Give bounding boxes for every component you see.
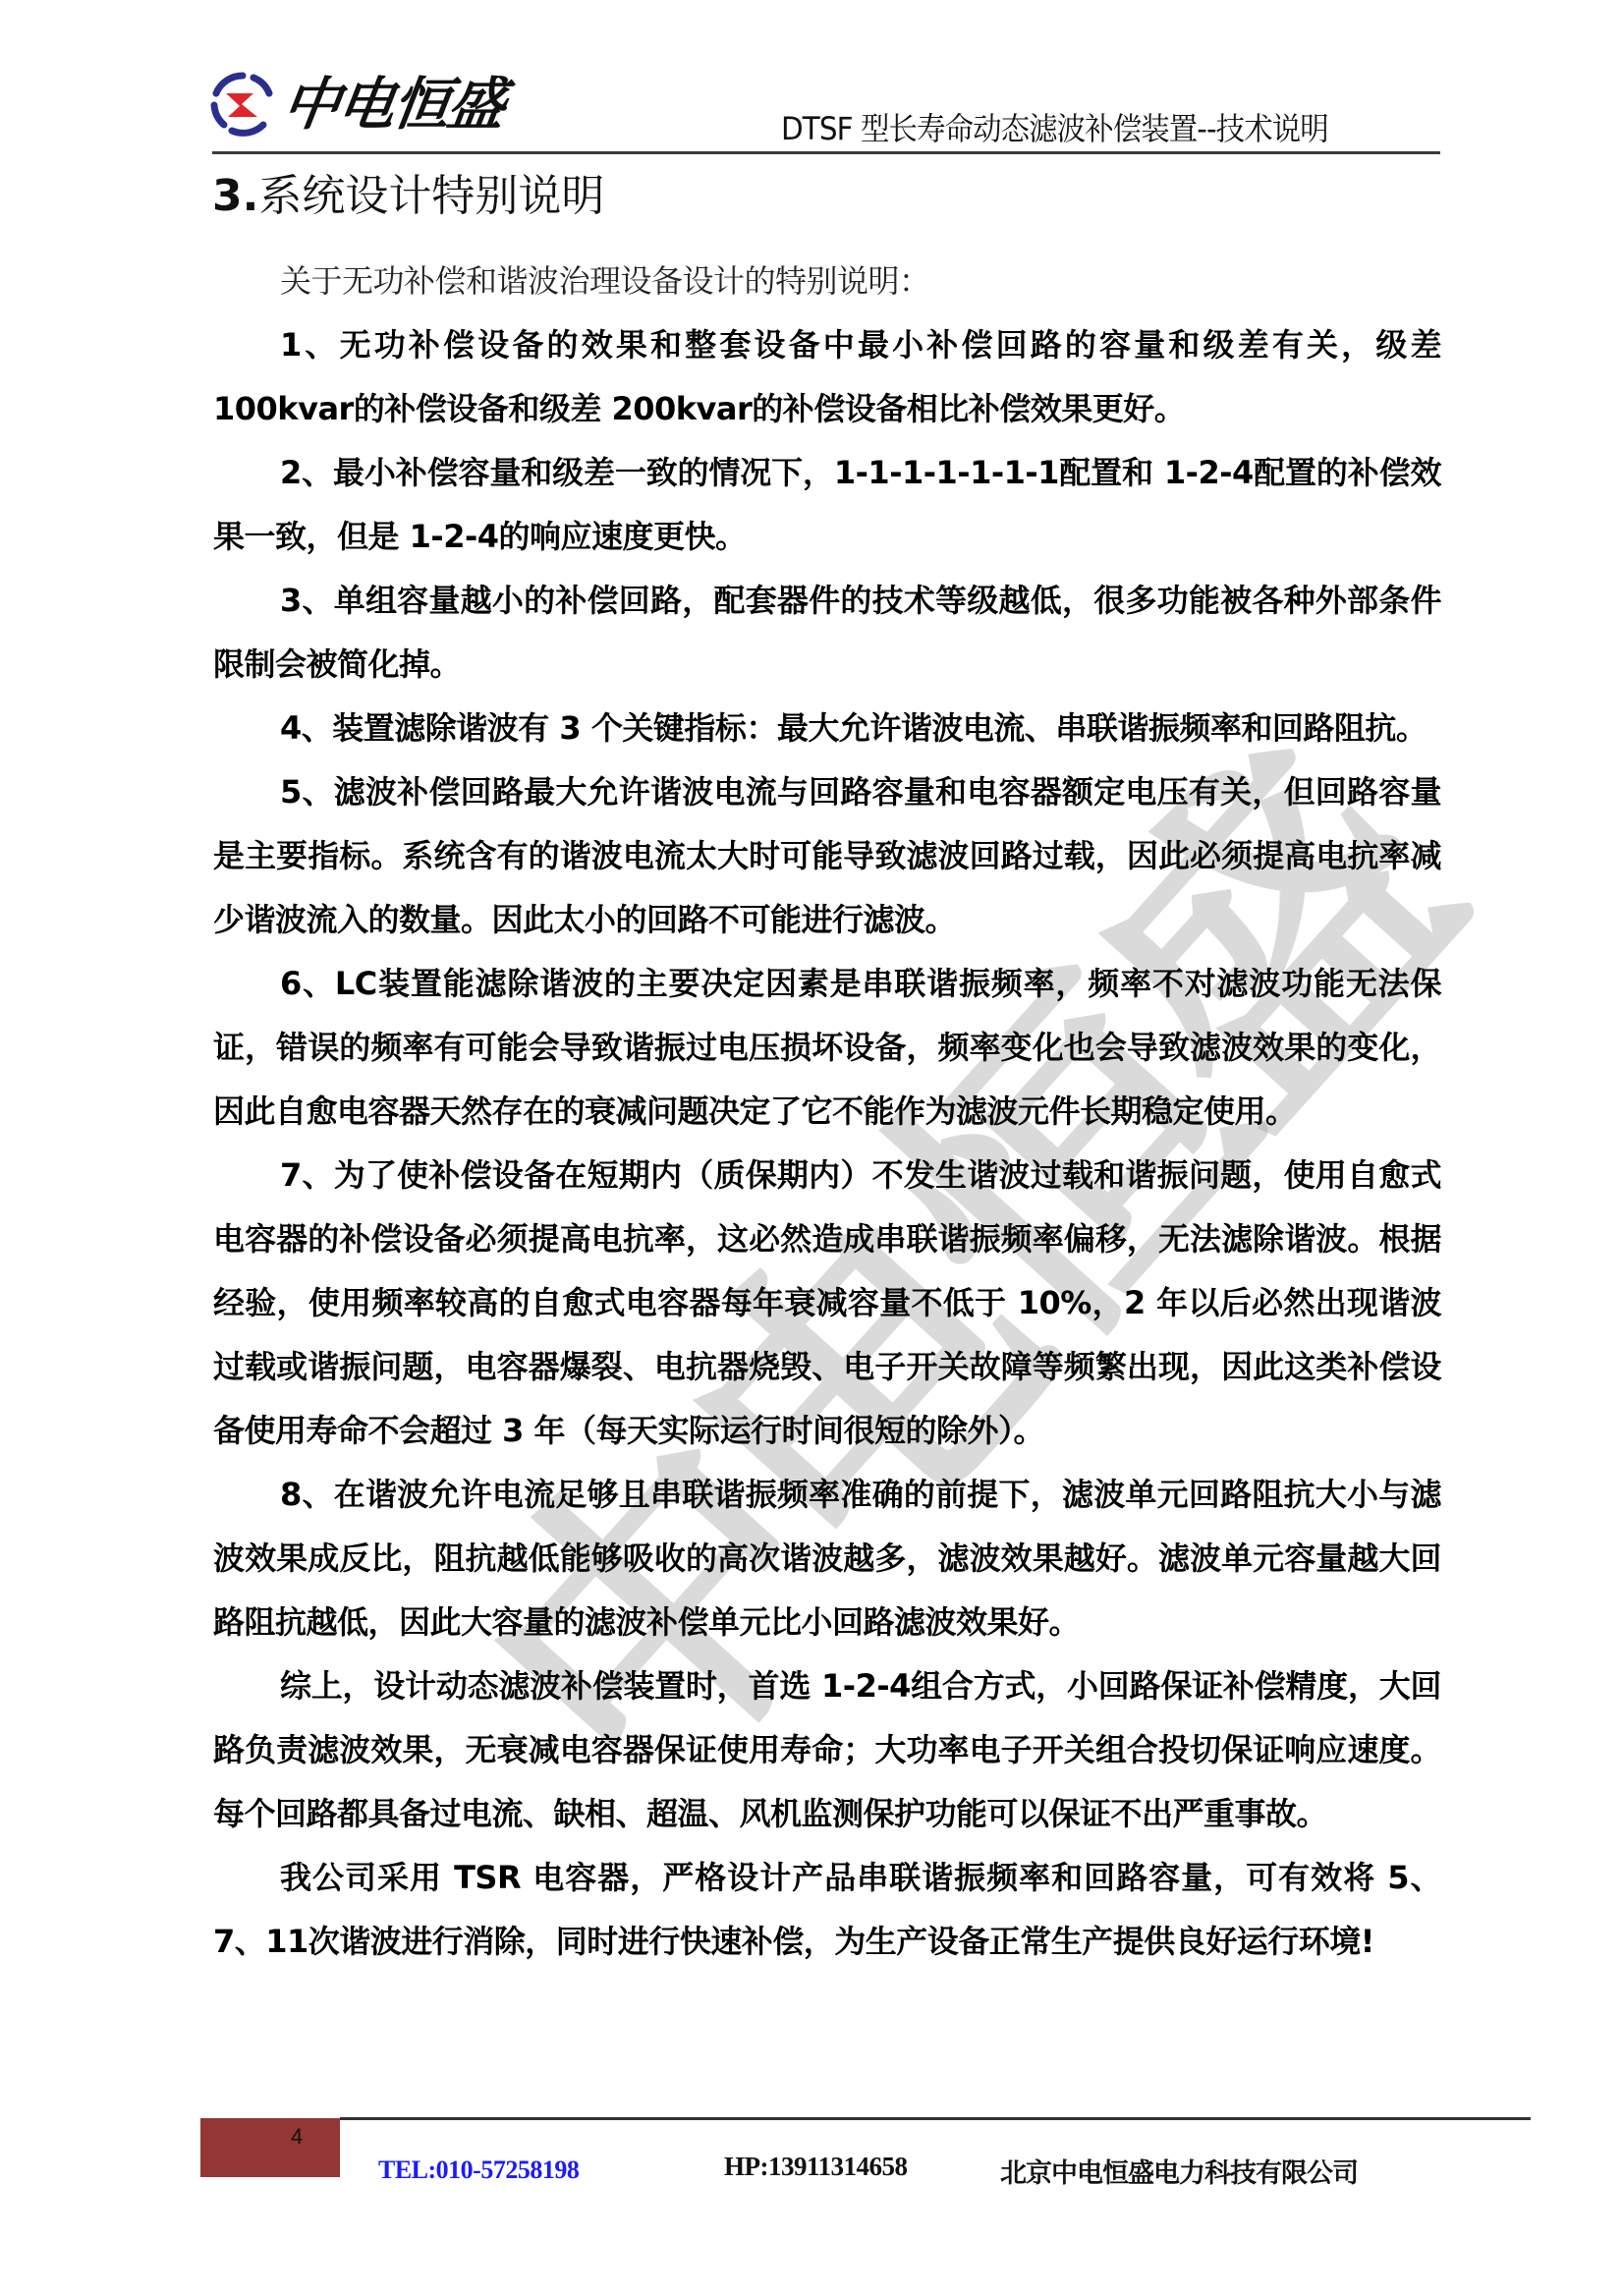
section-title-text: 系统设计特别说明 [258, 171, 604, 221]
footer-company-name: 北京中电恒盛电力科技有限公司 [1000, 2152, 1358, 2190]
footer-divider [340, 2117, 1531, 2120]
paragraph-4: 4、装置滤除谐波有 3 个关键指标：最大允许谐波电流、串联谐振频率和回路阻抗。 [213, 697, 1441, 760]
section-number: 3. [212, 171, 258, 221]
paragraph-1: 1、无功补偿设备的效果和整套设备中最小补偿回路的容量和级差有关，级差100kva… [213, 313, 1441, 441]
summary-paragraph: 综上，设计动态滤波补偿装置时，首选 1-2-4组合方式，小回路保证补偿精度，大回… [213, 1654, 1441, 1846]
paragraph-5: 5、滤波补偿回路最大允许谐波电流与回路容量和电容器额定电压有关，但回路容量是主要… [213, 760, 1441, 952]
intro-paragraph: 关于无功补偿和谐波治理设备设计的特别说明： [213, 250, 1441, 313]
section-title: 3.系统设计特别说明 [212, 175, 604, 218]
logo-text: 中电恒盛 [279, 76, 507, 133]
logo-emblem-icon [210, 72, 275, 137]
header-divider [212, 151, 1440, 154]
paragraph-6: 6、LC装置能滤除谐波的主要决定因素是串联谐振频率，频率不对滤波功能无法保证，错… [213, 952, 1441, 1144]
document-body: 关于无功补偿和谐波治理设备设计的特别说明： 1、无功补偿设备的效果和整套设备中最… [213, 250, 1441, 1974]
document-subtitle: DTSF 型长寿命动态滤波补偿装置--技术说明 [781, 104, 1328, 149]
paragraph-7: 7、为了使补偿设备在短期内（质保期内）不发生谐波过载和谐振问题，使用自愈式电容器… [213, 1144, 1441, 1463]
footer-telephone: TEL:010-57258198 [378, 2156, 579, 2185]
company-logo: 中电恒盛 [210, 67, 539, 141]
footer-mobile: HP:13911314658 [724, 2152, 908, 2182]
paragraph-2: 2、最小补偿容量和级差一致的情况下，1-1-1-1-1-1-1配置和 1-2-4… [213, 441, 1441, 569]
paragraph-8: 8、在谐波允许电流足够且串联谐振频率准确的前提下，滤波单元回路阻抗大小与滤波效果… [213, 1463, 1441, 1654]
page-number: 4 [291, 2124, 303, 2150]
paragraph-3: 3、单组容量越小的补偿回路，配套器件的技术等级越低，很多功能被各种外部条件限制会… [213, 569, 1441, 697]
company-statement-paragraph: 我公司采用 TSR 电容器，严格设计产品串联谐振频率和回路容量，可有效将 5、7… [213, 1846, 1441, 1974]
page-number-box: 4 [200, 2118, 340, 2177]
